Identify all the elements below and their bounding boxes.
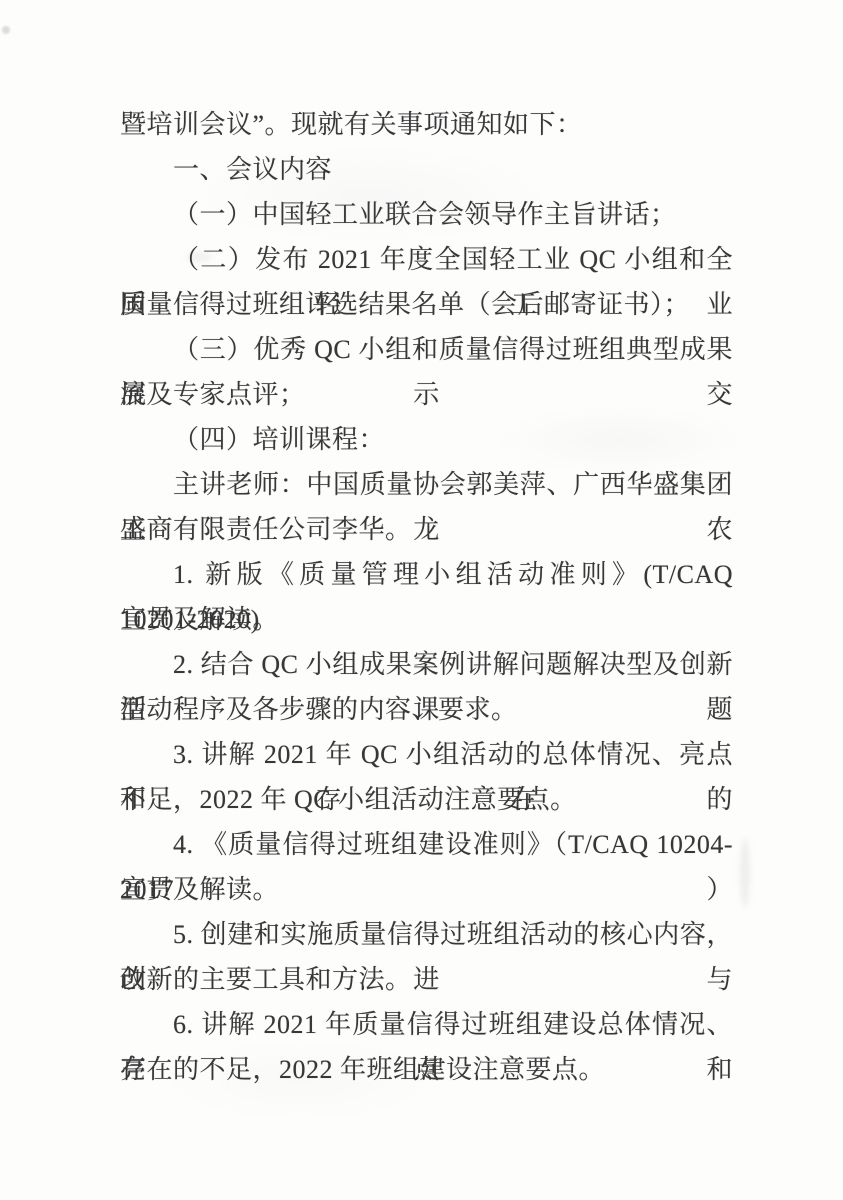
text-line: （三）优秀 QC 小组和质量信得过班组典型成果展示交 <box>120 327 733 372</box>
scan-smudge <box>740 838 750 908</box>
text-line: 暨培训会议”。现就有关事项通知如下： <box>120 102 733 147</box>
text-line: 质量信得过班组评选结果名单（会后邮寄证书）； <box>120 282 733 327</box>
scan-speck <box>2 26 10 34</box>
document-body: 暨培训会议”。现就有关事项通知如下：一、会议内容（一）中国轻工业联合会领导作主旨… <box>120 102 733 1092</box>
text-line: 3. 讲解 2021 年 QC 小组活动的总体情况、亮点和存在的 <box>120 732 733 777</box>
text-line: 5. 创建和实施质量信得过班组活动的核心内容，改进与 <box>120 912 733 957</box>
text-line: 1. 新版《质量管理小组活动准则》(T/CAQ 10201-2020) <box>120 552 733 597</box>
text-line: 一、会议内容 <box>120 147 733 192</box>
text-line: 4. 《质量信得过班组建设准则》（T/CAQ 10204-2017） <box>120 822 733 867</box>
text-line: （一）中国轻工业联合会领导作主旨讲话； <box>120 192 733 237</box>
text-line: （二）发布 2021 年度全国轻工业 QC 小组和全国轻工业 <box>120 237 733 282</box>
text-line: 主讲老师：中国质量协会郭美萍、广西华盛集团盛龙农 <box>120 462 733 507</box>
text-line: （四）培训课程： <box>120 417 733 462</box>
text-line: 宣贯及解读。 <box>120 597 733 642</box>
document-page: 暨培训会议”。现就有关事项通知如下：一、会议内容（一）中国轻工业联合会领导作主旨… <box>0 0 843 1200</box>
text-line: 2. 结合 QC 小组成果案例讲解问题解决型及创新型课题 <box>120 642 733 687</box>
text-line: 6. 讲解 2021 年质量信得过班组建设总体情况、亮点和 <box>120 1002 733 1047</box>
